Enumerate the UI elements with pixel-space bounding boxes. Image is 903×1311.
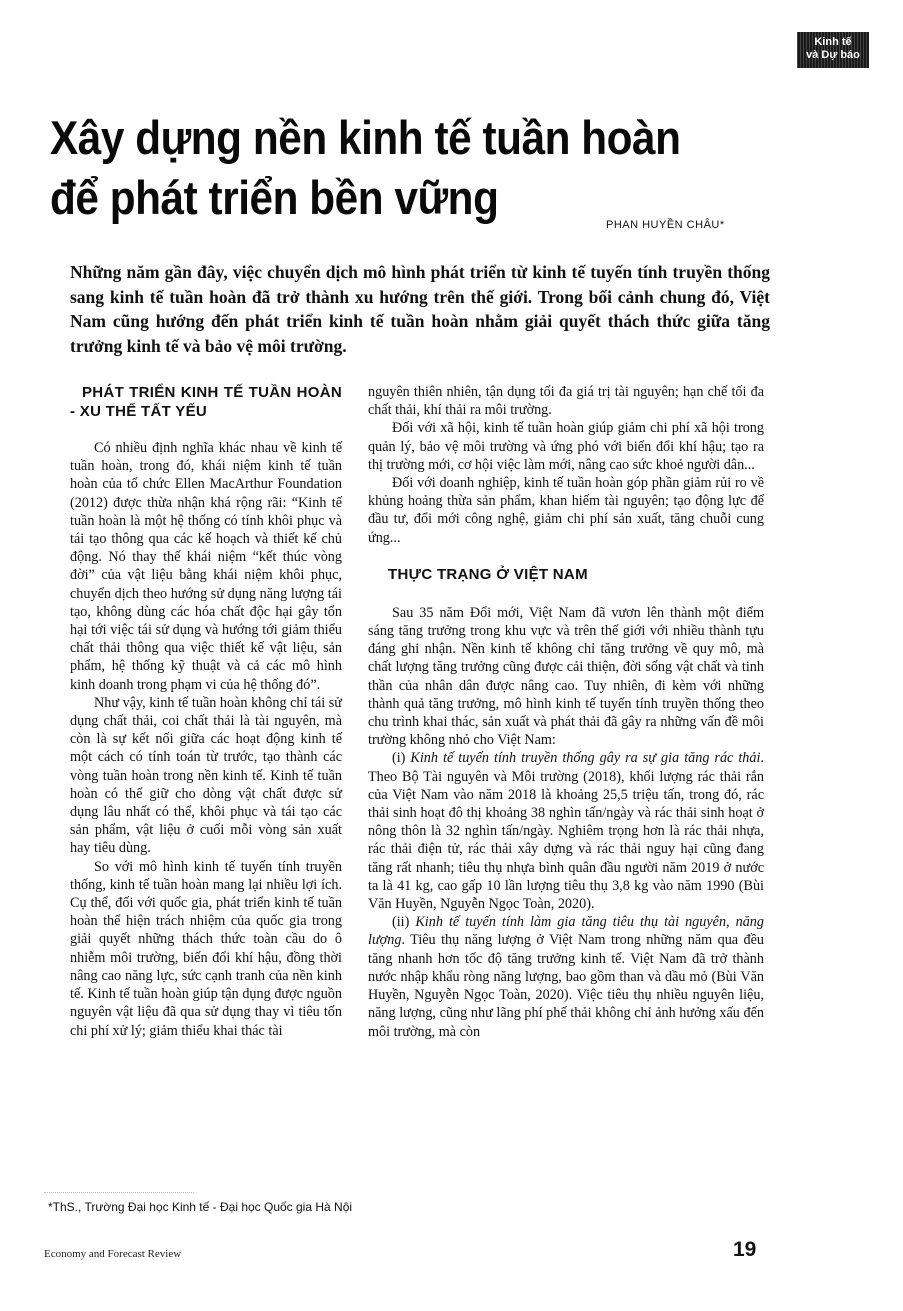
italic-lead: Kinh tế tuyến tính truyền thống gây ra s… [410,750,760,766]
paragraph: Đối với xã hội, kinh tế tuần hoàn giúp g… [368,419,764,474]
badge-line-2: và Dự báo [797,49,869,62]
journal-name: Economy and Forecast Review [44,1248,181,1260]
paragraph: Sau 35 năm Đổi mới, Việt Nam đã vươn lên… [368,604,764,750]
paragraph: Đối với doanh nghiệp, kinh tế tuần hoàn … [368,474,764,547]
section-heading-trend: PHÁT TRIỂN KINH TẾ TUẦN HOÀN - XU THẾ TẤ… [70,383,342,421]
paragraph-waste: (i) Kinh tế tuyến tính truyền thống gây … [368,749,764,913]
badge-line-1: Kinh tế [797,36,869,49]
right-column: nguyên thiên nhiên, tận dụng tối đa giá … [368,383,764,1041]
paragraph-energy: (ii) Kinh tế tuyến tính làm gia tăng tiê… [368,913,764,1040]
paragraph-continuation: nguyên thiên nhiên, tận dụng tối đa giá … [368,383,764,419]
paragraph-text: . Tiêu thụ năng lượng ở Việt Nam trong n… [368,932,764,1039]
left-column: PHÁT TRIỂN KINH TẾ TUẦN HOÀN - XU THẾ TẤ… [70,383,342,1040]
author-byline: PHAN HUYỀN CHÂU* [606,219,725,231]
paragraph: So với mô hình kinh tế tuyến tính truyền… [70,858,342,1040]
paragraph: Như vậy, kinh tế tuần hoàn không chỉ tái… [70,694,342,858]
footnote-divider [44,1192,194,1194]
footnote: *ThS., Trường Đại học Kinh tế - Đại học … [48,1200,352,1214]
page-number: 19 [733,1238,756,1262]
title-line-1: Xây dựng nền kinh tế tuần hoàn [50,108,734,168]
list-marker: (i) [392,750,410,766]
paragraph-text: . Theo Bộ Tài nguyên và Môi trường (2018… [368,750,764,912]
list-marker: (ii) [392,914,415,930]
journal-badge-logo: Kinh tế và Dự báo [797,32,869,68]
paragraph: Có nhiều định nghĩa khác nhau về kinh tế… [70,439,342,694]
article-lead: Những năm gần đây, việc chuyển dịch mô h… [70,260,770,358]
article-title: Xây dựng nền kinh tế tuần hoàn để phát t… [50,108,734,228]
section-heading-vietnam: THỰC TRẠNG Ở VIỆT NAM [368,565,764,584]
